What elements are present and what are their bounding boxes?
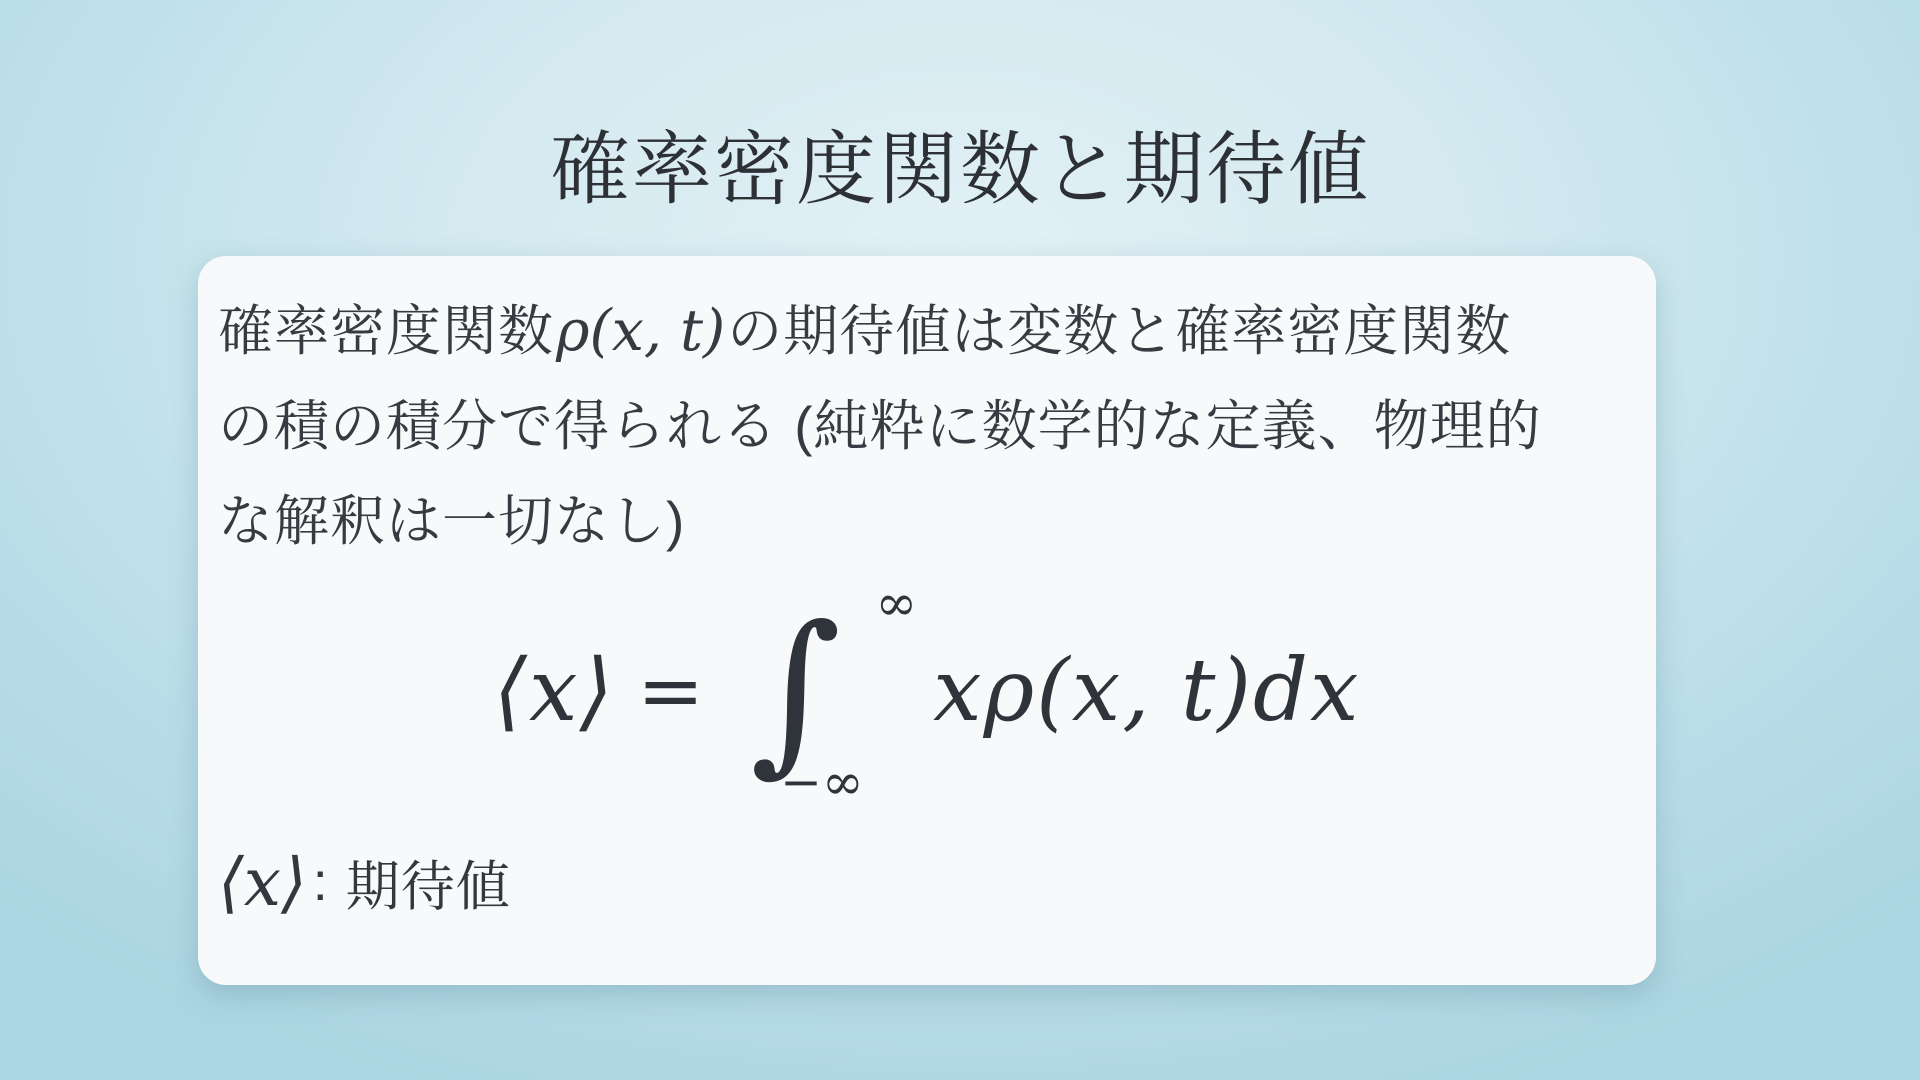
body-paragraph: 確率密度関数ρ(x, t)の期待値は変数と確率密度関数 の積の積分で得られる (… [218,284,1636,569]
body-line-3: な解釈は一切なし) [218,474,1636,569]
integral-lower-limit: −∞ [780,757,864,807]
integral-symbol: ∫ ∞ −∞ [732,588,897,793]
content-card: 確率密度関数ρ(x, t)の期待値は変数と確率密度関数 の積の積分で得られる (… [198,256,1656,985]
body-line-1-text-pre: 確率密度関数 [218,300,554,362]
slide-title: 確率密度関数と期待値 [0,126,1920,214]
slide-background: 確率密度関数と期待値 確率密度関数ρ(x, t)の期待値は変数と確率密度関数 の… [0,0,1920,1080]
integral-upper-limit: ∞ [875,578,917,628]
body-line-1-text-post: の期待値は変数と確率密度関数 [727,300,1511,362]
legend-symbol-bracket-x: ⟨x⟩ [218,844,307,921]
formula-expected-value: ⟨x⟩ = ∫ ∞ −∞ xρ(x, t)dx [198,588,1656,793]
body-line-1: 確率密度関数ρ(x, t)の期待値は変数と確率密度関数 [218,284,1636,379]
legend-separator: : [313,851,328,913]
equals-sign: = [637,644,704,737]
inline-math-rho: ρ(x, t) [554,298,727,364]
integrand: xρ(x, t)dx [933,641,1360,741]
legend-label: 期待値 [346,844,511,921]
body-line-2: の積の積分で得られる (純粋に数学的な定義、物理的 [218,379,1636,474]
legend-line: ⟨x⟩ : 期待値 [218,832,511,932]
formula-lhs-bracket-x: ⟨x⟩ [493,641,615,741]
integral-glyph: ∫ [750,603,841,778]
